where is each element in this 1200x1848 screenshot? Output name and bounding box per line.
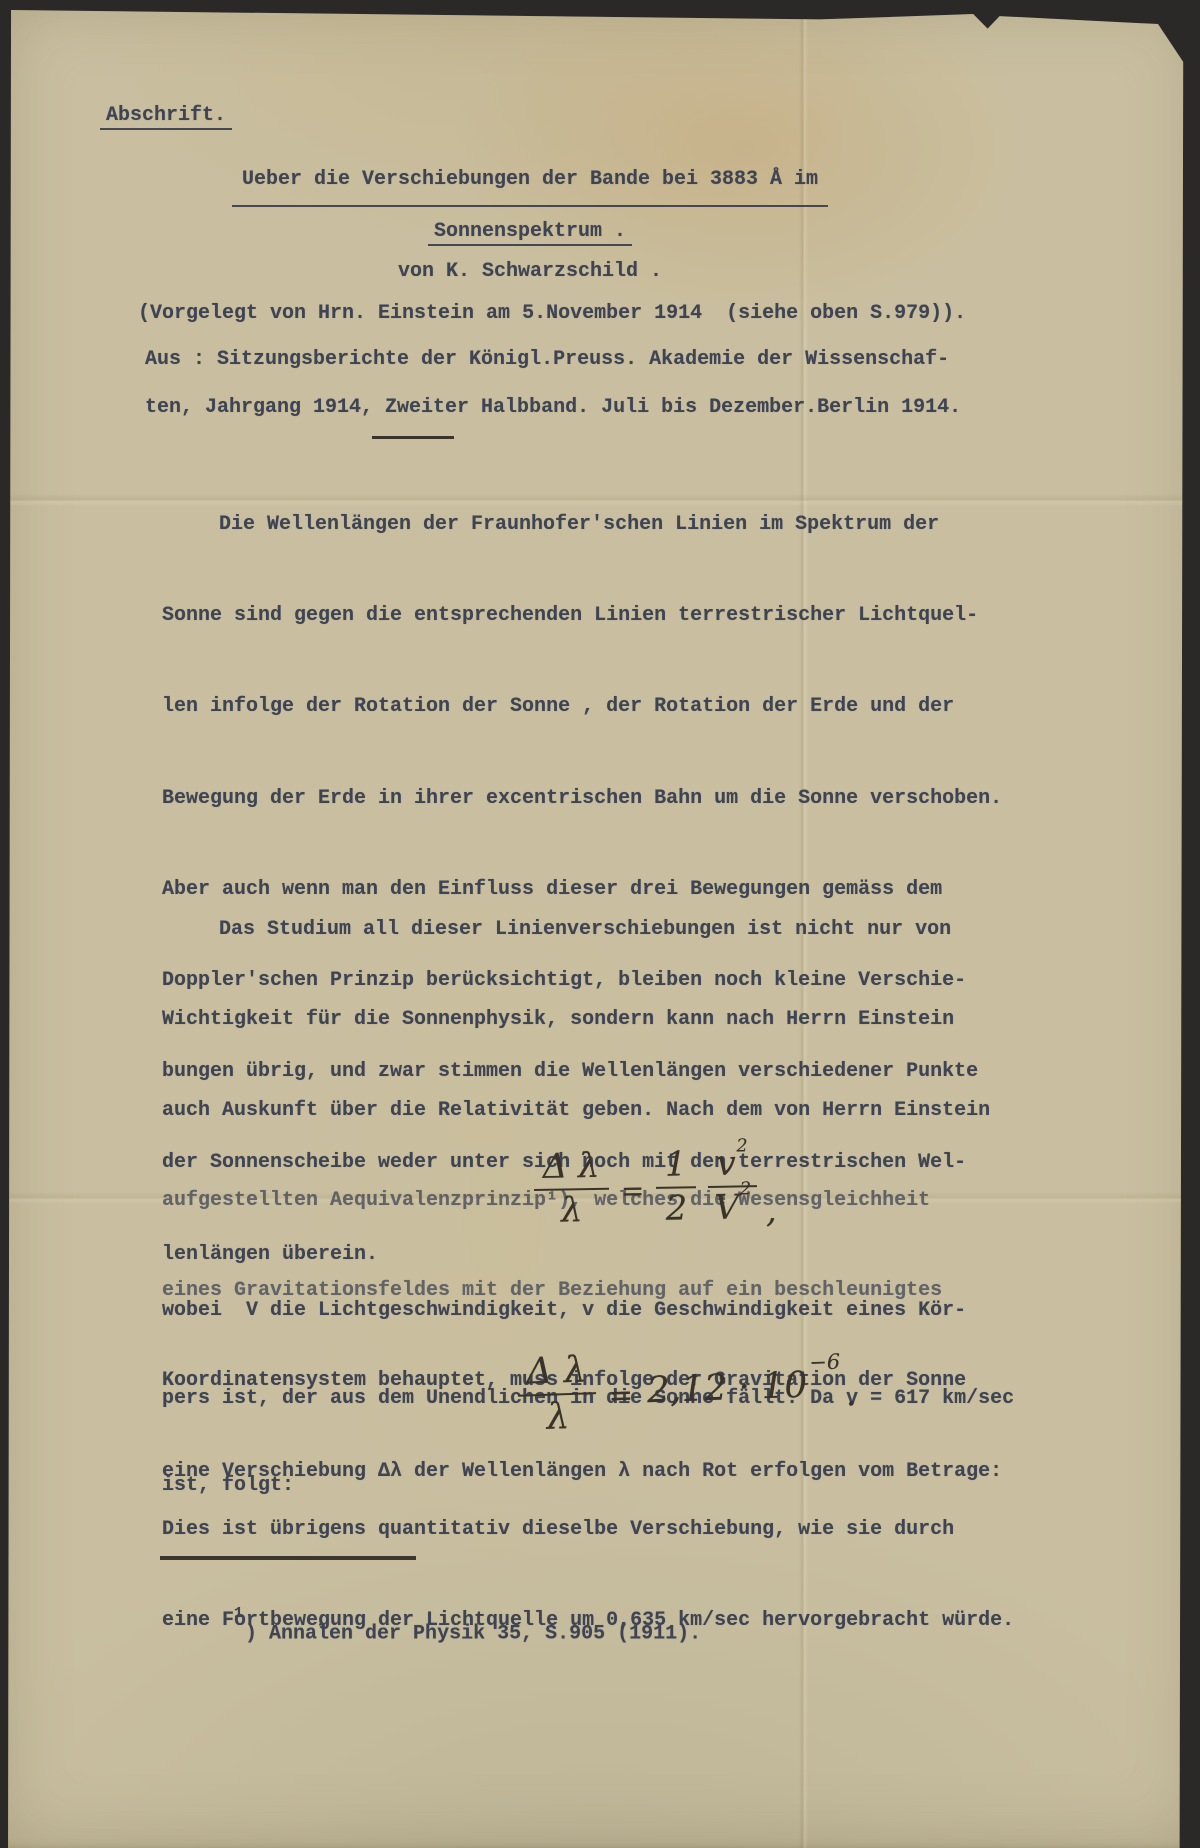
fraction-numerator: 1 <box>656 1147 696 1188</box>
fraction-one-half: 1 2 <box>656 1147 697 1227</box>
source-citation-line-1: Aus : Sitzungsberichte der Königl.Preuss… <box>145 348 949 371</box>
title-line-1: Ueber die Verschiebungen der Bande bei 3… <box>0 168 1060 191</box>
fraction-numerator: Δ λ <box>533 1149 609 1191</box>
footnote-rule <box>160 1556 416 1560</box>
copy-label: Abschrift. <box>100 104 232 127</box>
text-line: Das Studium all dieser Linienverschiebun… <box>162 908 1002 952</box>
title-line-1-text: Ueber die Verschiebungen der Bande bei 3… <box>232 168 828 207</box>
source-citation-line-2: ten, Jahrgang 1914, Zweiter Halbband. Ju… <box>145 396 961 419</box>
exponent: 2 <box>740 1180 752 1200</box>
presented-note: (Vorgelegt von Hrn. Einstein am 5.Novemb… <box>138 302 966 325</box>
fraction-v-squared-over-V-squared: v2 V2 <box>707 1146 758 1226</box>
fraction-denominator: λ <box>561 1190 583 1229</box>
section-divider-rule <box>372 436 454 439</box>
paper-sheet: Abschrift. Ueber die Verschiebungen der … <box>0 0 1200 1848</box>
copy-label-text: Abschrift. <box>100 104 232 130</box>
value-mantissa: 2,12 · 10 <box>646 1365 808 1412</box>
fraction-denominator: V2 <box>714 1187 751 1226</box>
equation-redshift-ratio: Δ λ λ = 1 2 v2 V2 , <box>527 1146 777 1230</box>
footnote-text: ) Annalen der Physik 35, S.905 (1911). <box>245 1623 701 1646</box>
fraction-numerator: Δ λ <box>517 1351 597 1397</box>
footnote-marker: 1 <box>234 1605 243 1622</box>
equals-sign: = <box>608 1378 634 1413</box>
author-byline: von K. Schwarzschild . <box>0 260 1060 283</box>
text-line: wobei V die Lichtgeschwindigkeit, v die … <box>162 1290 1014 1332</box>
fraction-denominator: λ <box>546 1395 570 1437</box>
scanned-document-page: Abschrift. Ueber die Verschiebungen der … <box>0 0 1200 1848</box>
text-line: Sonne sind gegen die entsprechenden Lini… <box>162 593 1002 638</box>
value-exponent: −6 <box>809 1349 841 1374</box>
trailing-comma: , <box>765 1191 777 1231</box>
footnote: 1) Annalen der Physik 35, S.905 (1911). <box>162 1596 701 1669</box>
text-line: len infolge der Rotation der Sonne , der… <box>162 684 1002 729</box>
fraction-denominator: 2 <box>665 1188 687 1227</box>
text-line: Wichtigkeit für die Sonnenphysik, sonder… <box>162 998 1002 1042</box>
title-line-2-text: Sonnenspektrum . <box>428 220 632 246</box>
fraction-delta-lambda: Δ λ λ <box>533 1149 609 1230</box>
equation-redshift-value: Δ λ λ = 2,12 · 10−6 . <box>511 1342 858 1438</box>
text-line: Dies ist übrigens quantitativ dieselbe V… <box>162 1507 1014 1552</box>
trailing-period: . <box>845 1373 858 1414</box>
title-line-2: Sonnenspektrum . <box>0 220 1060 243</box>
symbol-v: v <box>716 1144 736 1184</box>
exponent: 2 <box>736 1136 748 1156</box>
equation-value: 2,12 · 10−6 <box>646 1364 841 1412</box>
text-line: Die Wellenlängen der Fraunhofer'schen Li… <box>162 502 1002 547</box>
equals-sign: = <box>621 1174 645 1207</box>
text-line: Bewegung der Erde in ihrer excentrischen… <box>162 776 1002 821</box>
text-line: auch Auskunft über die Relativität geben… <box>162 1089 1002 1133</box>
fraction-delta-lambda: Δ λ λ <box>517 1351 598 1437</box>
symbol-V: V <box>714 1187 739 1227</box>
